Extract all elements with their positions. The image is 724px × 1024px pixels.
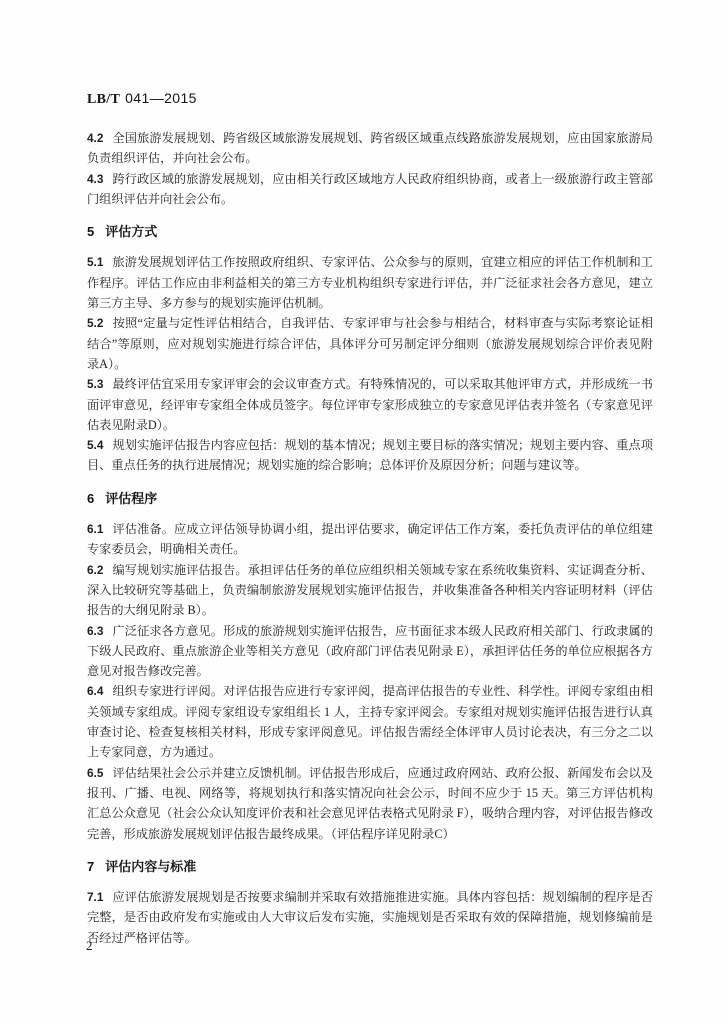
standard-prefix: LB/T (87, 92, 120, 107)
clause-number: 4.3 (87, 172, 103, 186)
clause-text: 最终评估宜采用专家评审会的会议审查方式。有特殊情况的，可以采取其他评审方式，并形… (87, 377, 653, 432)
clause-text: 组织专家进行评阅。对评估报告应进行专家评阅，提高评估报告的专业性、科学性。评阅专… (87, 684, 653, 759)
clause-number: 6.4 (87, 684, 103, 698)
section-number: 7 (87, 859, 94, 874)
paragraph-5-2: 5.2按照“定量与定性评估相结合，自我评估、专家评审与社会参与相结合，材料审查与… (87, 313, 653, 374)
standard-number-header: LB/T041—2015 (87, 90, 653, 108)
paragraph-6-2: 6.2编写规划实施评估报告。承担评估任务的单位应组织相关领域专家在系统收集资料、… (87, 560, 653, 621)
clause-text: 应评估旅游发展规划是否按要求编制并采取有效措施推进实施。具体内容包括：规划编制的… (87, 890, 653, 945)
paragraph-5-1: 5.1旅游发展规划评估工作按照政府组织、专家评估、公众参与的原则，宜建立相应的评… (87, 252, 653, 313)
clause-text: 旅游发展规划评估工作按照政府组织、专家评估、公众参与的原则，宜建立相应的评估工作… (87, 255, 653, 310)
clause-text: 广泛征求各方意见。形成的旅游规划实施评估报告，应书面征求本级人民政府相关部门、行… (87, 624, 653, 679)
page-number: 2 (86, 938, 93, 954)
section-heading-5: 5评估方式 (87, 222, 653, 242)
clause-text: 规划实施评估报告内容应包括：规划的基本情况；规划主要目标的落实情况；规划主要内容… (87, 438, 653, 472)
clause-text: 全国旅游发展规划、跨省级区域旅游发展规划、跨省级区域重点线路旅游发展规划，应由国… (87, 131, 653, 165)
section-7: 7评估内容与标准 7.1应评估旅游发展规划是否按要求编制并采取有效措施推进实施。… (87, 857, 653, 948)
section-heading-7: 7评估内容与标准 (87, 857, 653, 877)
section-heading-6: 6评估程序 (87, 489, 653, 509)
paragraph-5-3: 5.3最终评估宜采用专家评审会的会议审查方式。有特殊情况的，可以采取其他评审方式… (87, 374, 653, 435)
clause-number: 6.3 (87, 624, 103, 638)
section-number: 5 (87, 224, 94, 239)
page-content: LB/T041—2015 4.2全国旅游发展规划、跨省级区域旅游发展规划、跨省级… (87, 90, 653, 948)
clause-number: 6.1 (87, 522, 103, 536)
clause-number: 6.2 (87, 563, 103, 577)
paragraph-6-1: 6.1评估准备。应成立评估领导协调小组，提出评估要求，确定评估工作方案，委托负责… (87, 519, 653, 560)
paragraph-7-1: 7.1应评估旅游发展规划是否按要求编制并采取有效措施推进实施。具体内容包括：规划… (87, 887, 653, 948)
clause-text: 跨行政区域的旅游发展规划，应由相关行政区域地方人民政府组织协商，或者上一级旅游行… (87, 172, 653, 206)
standard-code: 041—2015 (125, 90, 197, 106)
paragraph-4-3: 4.3跨行政区域的旅游发展规划，应由相关行政区域地方人民政府组织协商，或者上一级… (87, 169, 653, 210)
section-title: 评估程序 (105, 491, 157, 506)
paragraph-6-4: 6.4组织专家进行评阅。对评估报告应进行专家评阅，提高评估报告的专业性、科学性。… (87, 681, 653, 762)
clause-number: 5.1 (87, 255, 103, 269)
clause-number: 6.5 (87, 766, 103, 780)
section-number: 6 (87, 491, 94, 506)
section-6: 6评估程序 6.1评估准备。应成立评估领导协调小组，提出评估要求，确定评估工作方… (87, 489, 653, 844)
clause-text: 评估准备。应成立评估领导协调小组，提出评估要求，确定评估工作方案，委托负责评估的… (87, 522, 653, 556)
paragraph-5-4: 5.4规划实施评估报告内容应包括：规划的基本情况；规划主要目标的落实情况；规划主… (87, 435, 653, 476)
paragraph-6-3: 6.3广泛征求各方意见。形成的旅游规划实施评估报告，应书面征求本级人民政府相关部… (87, 621, 653, 682)
clause-number: 5.3 (87, 377, 103, 391)
section-5: 5评估方式 5.1旅游发展规划评估工作按照政府组织、专家评估、公众参与的原则，宜… (87, 222, 653, 476)
clause-number: 5.2 (87, 316, 103, 330)
clause-number: 5.4 (87, 438, 103, 452)
clause-text: 按照“定量与定性评估相结合，自我评估、专家评审与社会参与相结合，材料审查与实际考… (87, 316, 653, 371)
section-4: 4.2全国旅游发展规划、跨省级区域旅游发展规划、跨省级区域重点线路旅游发展规划，… (87, 128, 653, 209)
clause-number: 4.2 (87, 131, 103, 145)
document-page: LB/T041—2015 4.2全国旅游发展规划、跨省级区域旅游发展规划、跨省级… (0, 0, 724, 1024)
section-title: 评估内容与标准 (105, 859, 196, 874)
clause-text: 评估结果社会公示并建立反馈机制。评估报告形成后，应通过政府网站、政府公报、新闻发… (87, 766, 653, 841)
clause-number: 7.1 (87, 890, 103, 904)
clause-text: 编写规划实施评估报告。承担评估任务的单位应组织相关领域专家在系统收集资料、实证调… (87, 563, 653, 618)
section-title: 评估方式 (105, 224, 157, 239)
paragraph-6-5: 6.5评估结果社会公示并建立反馈机制。评估报告形成后，应通过政府网站、政府公报、… (87, 763, 653, 844)
paragraph-4-2: 4.2全国旅游发展规划、跨省级区域旅游发展规划、跨省级区域重点线路旅游发展规划，… (87, 128, 653, 169)
